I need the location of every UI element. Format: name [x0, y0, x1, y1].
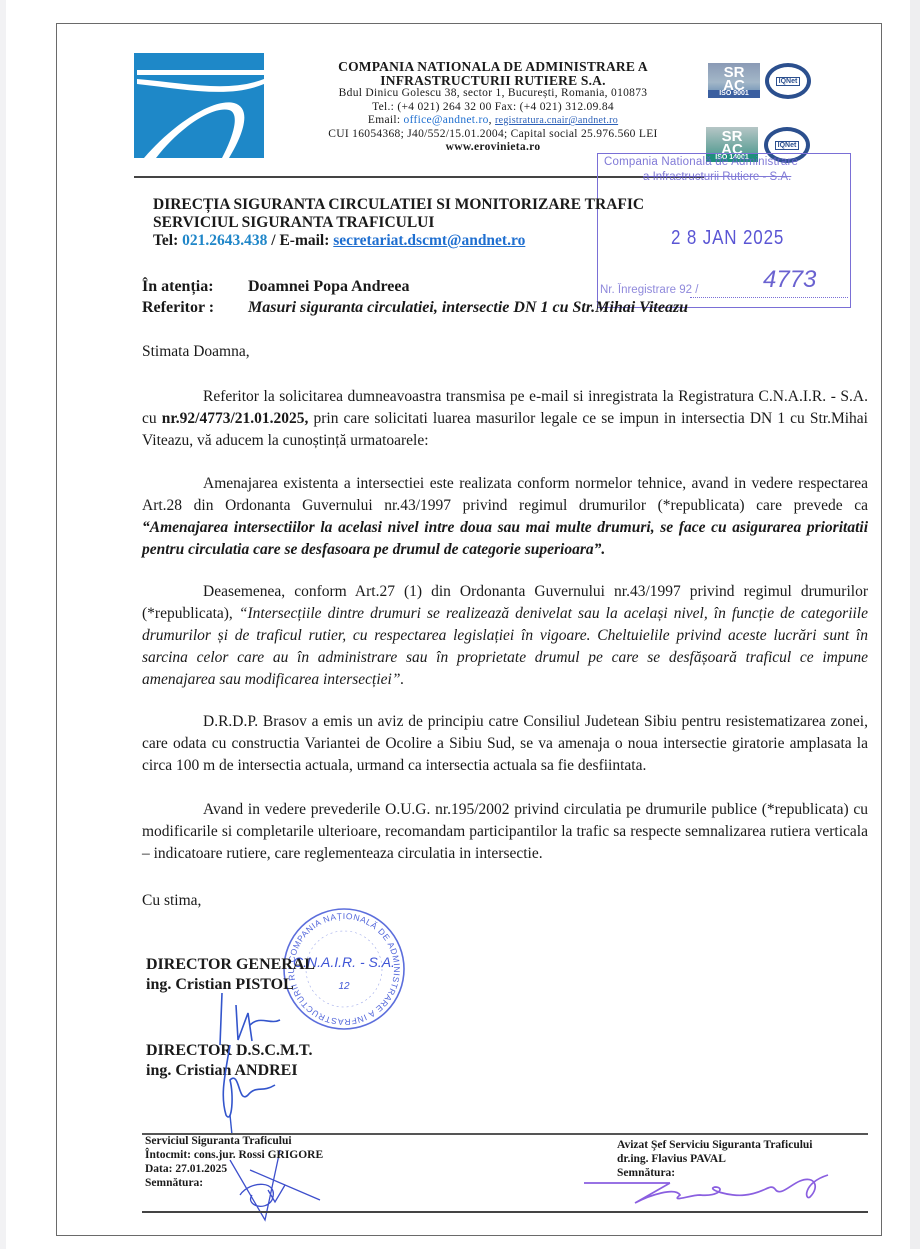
signatory-dscmt-director: DIRECTOR D.S.C.M.T. ing. Cristian ANDREI: [146, 1041, 313, 1081]
footer-approver-name: dr.ing. Flavius PAVAL: [617, 1152, 813, 1166]
addressee-block: În atenția:Doamnei Popa Andreea Referito…: [142, 276, 688, 318]
company-letterhead: COMPANIA NATIONALA DE ADMINISTRARE A INF…: [288, 60, 698, 155]
footer-date: Data: 27.01.2025: [145, 1162, 323, 1176]
svg-text:12: 12: [338, 981, 350, 992]
department-name: DIRECȚIA SIGURANTA CIRCULATIEI SI MONITO…: [153, 196, 644, 214]
tel-label: Tel:: [153, 232, 182, 249]
email-label: Email:: [368, 114, 404, 126]
stamp-company-line2: a Infrastructurii Rutiere - S.A.: [643, 171, 791, 183]
paragraph-art28: Amenajarea existenta a intersectiei este…: [142, 473, 868, 561]
attention-label: În atenția:: [142, 276, 248, 297]
company-name-line2: INFRASTRUCTURII RUTIERE S.A.: [288, 74, 698, 88]
attention-value: Doamnei Popa Andreea: [248, 278, 409, 295]
office-email-link[interactable]: office@andnet.ro: [404, 114, 489, 126]
srac-logo-icon: SRACISO 9001: [708, 63, 760, 98]
footer-prepared: Întocmit: cons.jur. Rossi GRIGORE: [145, 1148, 323, 1162]
department-contact: Tel: 021.2643.438 / E-mail: secretariat.…: [153, 232, 644, 250]
paragraph-art27: Deasemenea, conform Art.27 (1) din Ordon…: [142, 581, 868, 691]
footer-approved-by: Avizat Şef Serviciu Siguranta Traficului…: [617, 1138, 813, 1180]
subject-label: Referitor :: [142, 297, 248, 318]
footer-divider-bottom: [142, 1211, 868, 1213]
department-phone[interactable]: 021.2643.438: [182, 232, 267, 249]
art27-quote: “Intersecțiile dintre drumuri se realize…: [142, 605, 868, 688]
subject-value: Masuri siguranta circulatiei, intersecti…: [248, 299, 688, 316]
paragraph-oug-195: Avand in vedere prevederile O.U.G. nr.19…: [142, 799, 868, 865]
stamp-registration-number: 4773: [763, 266, 816, 294]
paragraph-request-reference: Referitor la solicitarea dumneavoastra t…: [142, 386, 868, 452]
salutation: Stimata Doamna,: [142, 343, 250, 361]
footer-prepared-by: Serviciul Siguranta Traficului Întocmit:…: [145, 1134, 323, 1190]
stamp-company-line1: Compania Natională de Administrare: [604, 156, 798, 168]
signatory-general-director: DIRECTOR GENERAL ing. Cristian PISTOL: [146, 955, 315, 995]
department-block: DIRECȚIA SIGURANTA CIRCULATIEI SI MONITO…: [153, 196, 644, 250]
paragraph-drdp-brasov: D.R.D.P. Brasov a emis un aviz de princi…: [142, 711, 868, 777]
signatory-name: ing. Cristian ANDREI: [146, 1061, 313, 1081]
art28-quote: “Amenajarea intersectiilor la acelasi ni…: [142, 519, 868, 558]
attention-row: În atenția:Doamnei Popa Andreea: [142, 276, 688, 297]
signatory-name: ing. Cristian PISTOL: [146, 975, 315, 995]
company-registry: CUI 16054368; J40/552/15.01.2004; Capita…: [288, 128, 698, 142]
request-reference-number: nr.92/4773/21.01.2025,: [162, 410, 309, 427]
closing: Cu stima,: [142, 892, 201, 910]
cnair-logo-icon: [134, 53, 264, 158]
subject-row: Referitor :Masuri siguranta circulatiei,…: [142, 297, 688, 318]
footer-signature-label: Semnătura:: [617, 1166, 813, 1180]
viewer-left-edge: [0, 0, 6, 1249]
footer-service: Serviciul Siguranta Traficului: [145, 1134, 323, 1148]
footer-signature-label: Semnătura:: [145, 1176, 323, 1190]
registratura-email-link[interactable]: registratura.cnair@andnet.ro: [495, 115, 618, 126]
department-email-link[interactable]: secretariat.dscmt@andnet.ro: [333, 232, 525, 249]
signatory-title: DIRECTOR D.S.C.M.T.: [146, 1041, 313, 1061]
company-email-line: Email: office@andnet.ro, registratura.cn…: [288, 114, 698, 128]
footer-approved: Avizat Şef Serviciu Siguranta Traficului: [617, 1138, 813, 1152]
company-phone-fax: Tel.: (+4 021) 264 32 00 Fax: (+4 021) 3…: [288, 101, 698, 115]
iso-9001-badge: SRACISO 9001: [708, 63, 760, 98]
service-name: SERVICIUL SIGURANTA TRAFICULUI: [153, 214, 644, 232]
stamp-date: 2 8 JAN 2025: [671, 227, 784, 250]
company-address: Bdul Dinicu Golescu 38, sector 1, Bucure…: [288, 87, 698, 101]
iqnet-logo-icon: IQNet: [765, 63, 811, 99]
email-label: / E-mail:: [267, 232, 333, 249]
stamp-registration-dotline: [690, 297, 848, 298]
signatory-title: DIRECTOR GENERAL: [146, 955, 315, 975]
viewer-scroll-edge: [910, 0, 920, 1249]
company-name-line1: COMPANIA NATIONALA DE ADMINISTRARE A: [288, 60, 698, 74]
